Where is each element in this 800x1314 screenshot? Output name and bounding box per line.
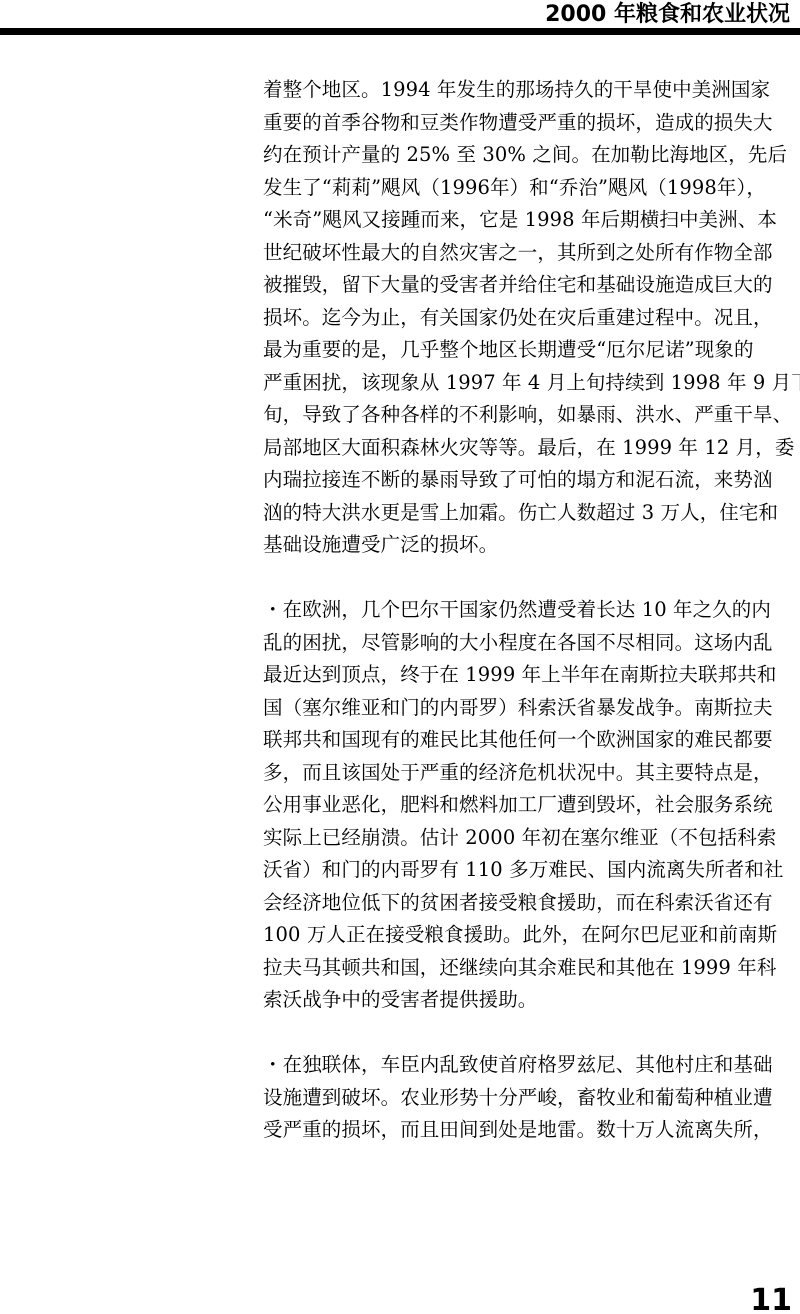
- paragraph-spacer: [263, 1017, 800, 1050]
- text-line: 拉夫马其顿共和国，还继续向其余难民和其他在 1999 年科: [263, 952, 800, 985]
- text-line: 约在预计产量的 25% 至 30% 之间。在加勒比海地区，先后: [263, 139, 800, 172]
- running-header-title: 2000 年粮食和农业状况: [545, 2, 790, 28]
- text-line: 损坏。迄今为止，有关国家仍处在灾后重建过程中。况且，: [263, 302, 800, 335]
- text-line: 乱的困扰，尽管影响的大小程度在各国不尽相同。这场内乱: [263, 627, 800, 660]
- text-line: 世纪破坏性最大的自然灾害之一，其所到之处所有作物全部: [263, 237, 800, 270]
- text-line: 内瑞拉接连不断的暴雨导致了可怕的塌方和泥石流，来势汹: [263, 464, 800, 497]
- text-line: 受严重的损坏，而且田间到处是地雷。数十万人流离失所，: [263, 1114, 800, 1147]
- text-line: 国（塞尔维亚和门的内哥罗）科索沃省暴发战争。南斯拉夫: [263, 692, 800, 725]
- paragraph-spacer: [263, 562, 800, 595]
- text-line: 最近达到顶点，终于在 1999 年上半年在南斯拉夫联邦共和: [263, 659, 800, 692]
- text-line: “米奇”飓风又接踵而来，它是 1998 年后期横扫中美洲、本: [263, 204, 800, 237]
- text-line: 实际上已经崩溃。估计 2000 年初在塞尔维亚（不包括科索: [263, 822, 800, 855]
- text-line: 最为重要的是，几乎整个地区长期遭受“厄尔尼诺”现象的: [263, 334, 800, 367]
- text-line: 重要的首季谷物和豆类作物遭受严重的损坏，造成的损失大: [263, 107, 800, 140]
- text-line: 公用事业恶化，肥料和燃料加工厂遭到毁坏，社会服务系统: [263, 789, 800, 822]
- text-line: 设施遭到破坏。农业形势十分严峻，畜牧业和葡萄种植业遭: [263, 1082, 800, 1115]
- text-line: 100 万人正在接受粮食援助。此外，在阿尔巴尼亚和前南斯: [263, 919, 800, 952]
- text-line: 发生了“莉莉”飓风（1996年）和“乔治”飓风（1998年），: [263, 172, 800, 205]
- text-line: 着整个地区。1994 年发生的那场持久的干旱使中美洲国家: [263, 74, 800, 107]
- text-line: ・在欧洲，几个巴尔干国家仍然遭受着长达 10 年之久的内: [263, 594, 800, 627]
- text-line: 基础设施遭受广泛的损坏。: [263, 529, 800, 562]
- paragraph-latin-america-disasters: 着整个地区。1994 年发生的那场持久的干旱使中美洲国家 重要的首季谷物和豆类作…: [263, 74, 800, 562]
- paragraph-cis-chechnya: ・在独联体，车臣内乱致使首府格罗兹尼、其他村庄和基础 设施遭到破坏。农业形势十分…: [263, 1049, 800, 1147]
- text-line: 汹的特大洪水更是雪上加霜。伤亡人数超过 3 万人，住宅和: [263, 497, 800, 530]
- text-line: 旬，导致了各种各样的不利影响，如暴雨、洪水、严重干旱、: [263, 399, 800, 432]
- text-line: 索沃战争中的受害者提供援助。: [263, 984, 800, 1017]
- header-rule: [0, 28, 800, 35]
- text-line: 沃省）和门的内哥罗有 110 多万难民、国内流离失所者和社: [263, 854, 800, 887]
- text-line: 多，而且该国处于严重的经济危机状况中。其主要特点是，: [263, 757, 800, 790]
- text-line: 联邦共和国现有的难民比其他任何一个欧洲国家的难民都要: [263, 724, 800, 757]
- paragraph-europe-balkans: ・在欧洲，几个巴尔干国家仍然遭受着长达 10 年之久的内 乱的困扰，尽管影响的大…: [263, 594, 800, 1017]
- text-line: 严重困扰，该现象从 1997 年 4 月上旬持续到 1998 年 9 月下: [263, 367, 800, 400]
- body-text-column: 着整个地区。1994 年发生的那场持久的干旱使中美洲国家 重要的首季谷物和豆类作…: [263, 74, 800, 1147]
- text-line: ・在独联体，车臣内乱致使首府格罗兹尼、其他村庄和基础: [263, 1049, 800, 1082]
- text-line: 会经济地位低下的贫困者接受粮食援助，而在科索沃省还有: [263, 887, 800, 920]
- text-line: 局部地区大面积森林火灾等等。最后，在 1999 年 12 月，委: [263, 432, 800, 465]
- text-line: 被摧毁，留下大量的受害者并给住宅和基础设施造成巨大的: [263, 269, 800, 302]
- page-number: 11: [750, 1284, 792, 1314]
